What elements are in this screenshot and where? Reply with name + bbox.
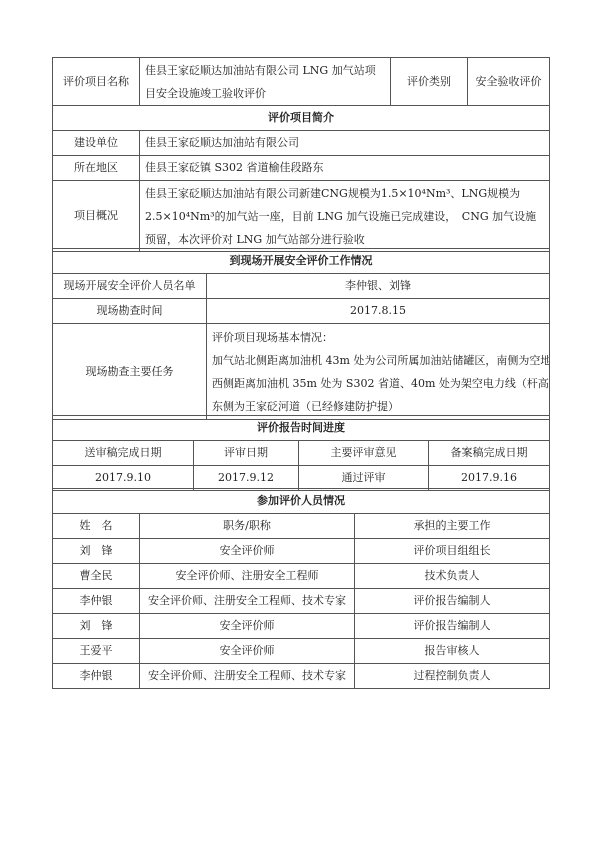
- builder-value: 佳县王家砭顺达加油站有限公司: [140, 131, 550, 156]
- schedule-header: 备案稿完成日期: [429, 441, 550, 466]
- staff-header: 姓 名: [53, 514, 140, 539]
- staff-title: 安全评价师: [140, 614, 355, 639]
- onsite-time-label: 现场勘查时间: [53, 299, 207, 324]
- project-intro-table: 评价项目名称 佳县王家砭顺达加油站有限公司 LNG 加气站项目安全设施竣工验收评…: [52, 57, 550, 252]
- table-row: 刘 锋 安全评价师 评价报告编制人: [53, 614, 550, 639]
- staff-work: 评价项目组组长: [355, 539, 550, 564]
- task-line: 加气站北侧距离加油机 43m 处为公司所属加油站储罐区，南侧为空地；: [212, 349, 544, 372]
- table-row: 曹全民 安全评价师、注册安全工程师 技术负责人: [53, 564, 550, 589]
- staff-title: 安全评价师、注册安全工程师、技术专家: [140, 589, 355, 614]
- category-label: 评价类别: [391, 58, 468, 106]
- staff-header: 承担的主要工作: [355, 514, 550, 539]
- staff-name: 刘 锋: [53, 539, 140, 564]
- category-value: 安全验收评价: [468, 58, 550, 106]
- onsite-task-label: 现场勘查主要任务: [53, 324, 207, 420]
- schedule-value: 2017.9.10: [53, 466, 194, 491]
- staff-name: 王爱平: [53, 639, 140, 664]
- project-name-label: 评价项目名称: [53, 58, 140, 106]
- staff-work: 技术负责人: [355, 564, 550, 589]
- schedule-header: 送审稿完成日期: [53, 441, 194, 466]
- task-line: 西侧距离加油机 35m 处为 S302 省道、40m 处为架空电力线（杆高 6m…: [212, 372, 544, 395]
- staff-section-title: 参加评价人员情况: [53, 489, 550, 514]
- staff-name: 曹全民: [53, 564, 140, 589]
- table-row: 王爱平 安全评价师 报告审核人: [53, 639, 550, 664]
- onsite-section-title: 到现场开展安全评价工作情况: [53, 249, 550, 274]
- staff-title: 安全评价师、注册安全工程师: [140, 564, 355, 589]
- location-label: 所在地区: [53, 156, 140, 181]
- schedule-value: 通过评审: [299, 466, 429, 491]
- table-row: 刘 锋 安全评价师 评价项目组组长: [53, 539, 550, 564]
- schedule-value: 2017.9.12: [194, 466, 299, 491]
- schedule-header: 主要评审意见: [299, 441, 429, 466]
- staff-table: 参加评价人员情况 姓 名 职务/职称 承担的主要工作 刘 锋 安全评价师 评价项…: [52, 488, 550, 689]
- table-row: 李仲银 安全评价师、注册安全工程师、技术专家 评价报告编制人: [53, 589, 550, 614]
- onsite-task-value: 评价项目现场基本情况： 加气站北侧距离加油机 43m 处为公司所属加油站储罐区，…: [207, 324, 550, 420]
- location-value: 佳县王家砭镇 S302 省道榆佳段路东: [140, 156, 550, 181]
- schedule-table: 评价报告时间进度 送审稿完成日期 评审日期 主要评审意见 备案稿完成日期 201…: [52, 415, 550, 491]
- intro-section-title: 评价项目简介: [53, 106, 550, 131]
- onsite-time-value: 2017.8.15: [207, 299, 550, 324]
- staff-name: 李仲银: [53, 589, 140, 614]
- staff-work: 过程控制负责人: [355, 664, 550, 689]
- overview-label: 项目概况: [53, 181, 140, 252]
- schedule-value: 2017.9.16: [429, 466, 550, 491]
- onsite-personnel-value: 李仲银、刘锋: [207, 274, 550, 299]
- schedule-header: 评审日期: [194, 441, 299, 466]
- overview-value: 佳县王家砭顺达加油站有限公司新建CNG规模为1.5×10⁴Nm³、LNG规模为2…: [140, 181, 550, 252]
- staff-work: 评价报告编制人: [355, 614, 550, 639]
- staff-name: 李仲银: [53, 664, 140, 689]
- staff-name: 刘 锋: [53, 614, 140, 639]
- task-line: 评价项目现场基本情况：: [212, 326, 544, 349]
- onsite-work-table: 到现场开展安全评价工作情况 现场开展安全评价人员名单 李仲银、刘锋 现场勘查时间…: [52, 248, 550, 420]
- onsite-personnel-label: 现场开展安全评价人员名单: [53, 274, 207, 299]
- staff-work: 报告审核人: [355, 639, 550, 664]
- staff-header: 职务/职称: [140, 514, 355, 539]
- staff-work: 评价报告编制人: [355, 589, 550, 614]
- staff-title: 安全评价师、注册安全工程师、技术专家: [140, 664, 355, 689]
- staff-title: 安全评价师: [140, 539, 355, 564]
- schedule-section-title: 评价报告时间进度: [53, 416, 550, 441]
- staff-title: 安全评价师: [140, 639, 355, 664]
- table-row: 李仲银 安全评价师、注册安全工程师、技术专家 过程控制负责人: [53, 664, 550, 689]
- project-name-value: 佳县王家砭顺达加油站有限公司 LNG 加气站项目安全设施竣工验收评价: [140, 58, 391, 106]
- builder-label: 建设单位: [53, 131, 140, 156]
